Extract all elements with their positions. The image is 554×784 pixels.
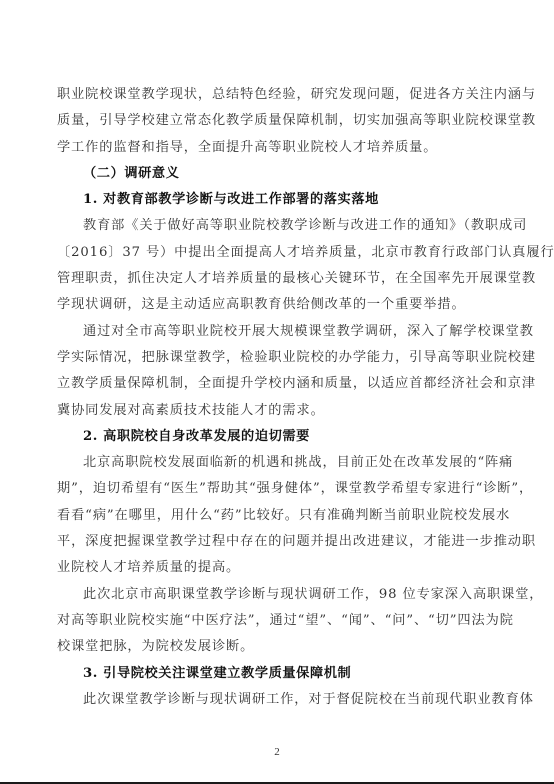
paragraph-line: 期”，迫切希望有“医生”帮助其“强身健体”，课堂教学希望专家进行“诊断”， bbox=[57, 476, 497, 502]
paragraph-line: 学实际情况，把脉课堂教学，检验职业院校的办学能力，引导高等职业院校建 bbox=[57, 345, 497, 371]
paragraph-line: 立教学质量保障机制，全面提升学校内涵和质量，以适应首都经济社会和京津 bbox=[57, 371, 497, 397]
paragraph-line: 质量，引导学校建立常态化教学质量保障机制，切实加强高等职业院校课堂教 bbox=[57, 108, 497, 134]
paragraph-line: 冀协同发展对高素质技术技能人才的需求。 bbox=[57, 398, 497, 424]
paragraph-line: 学现状调研，这是主动适应高职教育供给侧改革的一个重要举措。 bbox=[57, 292, 497, 318]
paragraph-line: 对高等职业院校实施“中医疗法”，通过“望”、“闻”、“问”、“切”四法为院 bbox=[57, 608, 497, 634]
paragraph-line: 业院校人才培养质量的提高。 bbox=[57, 555, 497, 581]
paragraph-line: 平，深度把握课堂教学过程中存在的问题并提出改进建议，才能进一步推动职 bbox=[57, 529, 497, 555]
paragraph-line: 教育部《关于做好高等职业院校教学诊断与改进工作的通知》（教职成司 bbox=[57, 213, 497, 239]
paragraph-line: 学工作的监督和指导，全面提升高等职业院校人才培养质量。 bbox=[57, 135, 497, 161]
paragraph-line: 〔2016〕37 号）中提出全面提高人才培养质量，北京市教育行政部门认真履行 bbox=[57, 240, 497, 266]
paragraph-line: 此次课堂教学诊断与现状调研工作，对于督促院校在当前现代职业教育体 bbox=[57, 687, 497, 713]
paragraph-line: 北京高职院校发展面临新的机遇和挑战，目前正处在改革发展的“阵痛 bbox=[57, 450, 497, 476]
paragraph-line: 职业院校课堂教学现状，总结特色经验，研究发现问题，促进各方关注内涵与 bbox=[57, 82, 497, 108]
subheading-2: 2. 高职院校自身改革发展的迫切需要 bbox=[57, 424, 497, 450]
page-content: 职业院校课堂教学现状，总结特色经验，研究发现问题，促进各方关注内涵与 质量，引导… bbox=[57, 82, 497, 713]
paragraph-line: 看看“病”在哪里，用什么“药”比较好。只有准确判断当前职业院校发展水 bbox=[57, 503, 497, 529]
document-page: 职业院校课堂教学现状，总结特色经验，研究发现问题，促进各方关注内涵与 质量，引导… bbox=[0, 0, 554, 782]
subheading-1: 1. 对教育部教学诊断与改进工作部署的落实落地 bbox=[57, 187, 497, 213]
section-heading-significance: （二）调研意义 bbox=[57, 161, 497, 187]
subheading-3: 3. 引导院校关注课堂建立教学质量保障机制 bbox=[57, 661, 497, 687]
paragraph-line: 校课堂把脉，为院校发展诊断。 bbox=[57, 634, 497, 660]
paragraph-line: 此次北京市高职课堂教学诊断与现状调研工作，98 位专家深入高职课堂， bbox=[57, 582, 497, 608]
paragraph-line: 通过对全市高等职业院校开展大规模课堂教学调研，深入了解学校课堂教 bbox=[57, 319, 497, 345]
paragraph-line: 管理职责，抓住决定人才培养质量的最核心关键环节，在全国率先开展课堂教 bbox=[57, 266, 497, 292]
page-number: 2 bbox=[0, 746, 554, 758]
